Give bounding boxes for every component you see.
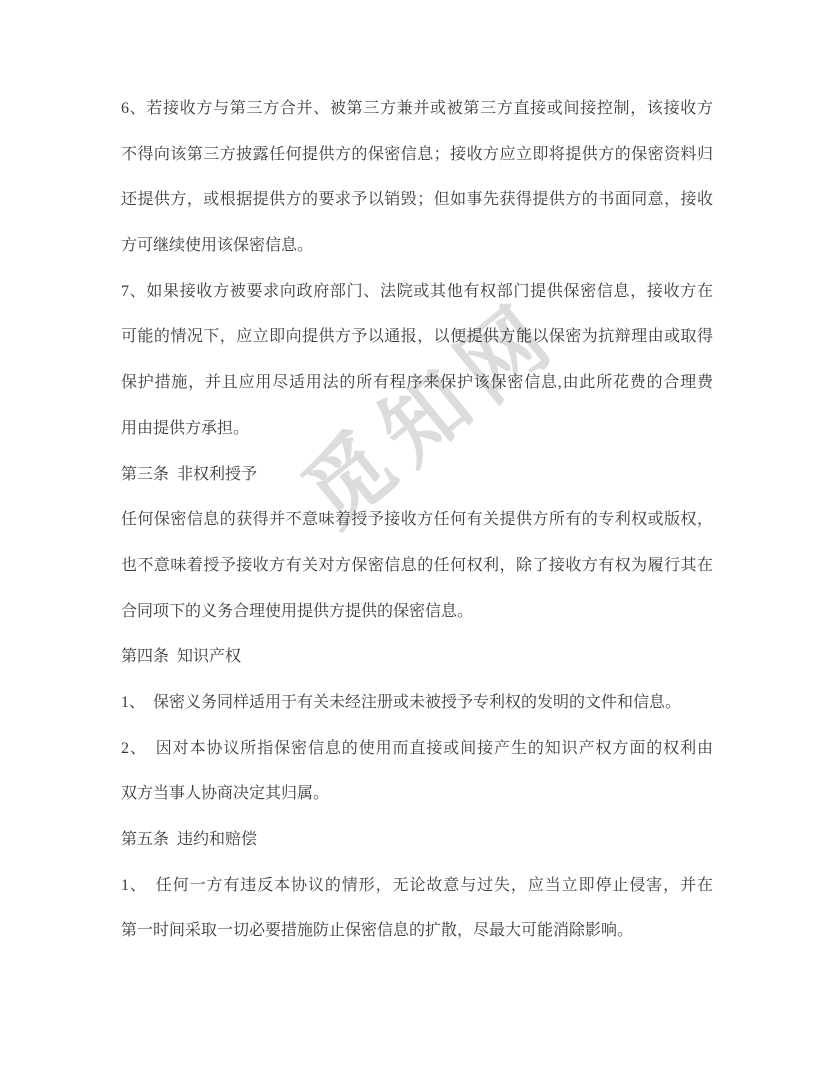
paragraph-line-clause7-2: 可能的情况下，应立即向提供方予以通报，以便提供方能以保密为抗辩理由或取得 — [121, 314, 713, 360]
section-heading-article5: 第五条 违约和赔偿 — [121, 817, 713, 863]
paragraph-line-article5-item1b: 第一时间采取一切必要措施防止保密信息的扩散，尽最大可能消除影响。 — [121, 908, 713, 954]
paragraph-line-article3-2: 也不意味着授予接收方有关对方保密信息的任何权利，除了接收方有权为履行其在 — [121, 543, 713, 589]
paragraph-line-clause7-1: 7、如果接收方被要求向政府部门、法院或其他有权部门提供保密信息，接收方在 — [121, 269, 713, 315]
paragraph-line-clause6-4: 方可继续使用该保密信息。 — [121, 223, 713, 269]
paragraph-line-article3-3: 合同项下的义务合理使用提供方提供的保密信息。 — [121, 589, 713, 635]
section-heading-article3: 第三条 非权利授予 — [121, 452, 713, 498]
paragraph-line-clause7-3: 保护措施，并且应用尽适用法的所有程序来保护该保密信息,由此所花费的合理费 — [121, 360, 713, 406]
paragraph-line-article4-item2a: 2、 因对本协议所指保密信息的使用而直接或间接产生的知识产权方面的权利由 — [121, 726, 713, 772]
paragraph-line-clause6-2: 不得向该第三方披露任何提供方的保密信息；接收方应立即将提供方的保密资料归 — [121, 132, 713, 178]
paragraph-line-article4-item2b: 双方当事人协商决定其归属。 — [121, 771, 713, 817]
paragraph-line-clause6-1: 6、若接收方与第三方合并、被第三方兼并或被第三方直接或间接控制，该接收方 — [121, 86, 713, 132]
document-page: 觅知网 6、若接收方与第三方合并、被第三方兼并或被第三方直接或间接控制，该接收方… — [0, 0, 830, 1074]
paragraph-line-clause6-3: 还提供方，或根据提供方的要求予以销毁；但如事先获得提供方的书面同意，接收 — [121, 177, 713, 223]
paragraph-line-article5-item1a: 1、 任何一方有违反本协议的情形，无论故意与过失，应当立即停止侵害，并在 — [121, 863, 713, 909]
paragraph-line-article4-item1: 1、 保密义务同样适用于有关未经注册或未被授予专利权的发明的文件和信息。 — [121, 680, 713, 726]
section-heading-article4: 第四条 知识产权 — [121, 634, 713, 680]
paragraph-line-article3-1: 任何保密信息的获得并不意味着授予接收方任何有关提供方所有的专利权或版权， — [121, 497, 713, 543]
document-body: 6、若接收方与第三方合并、被第三方兼并或被第三方直接或间接控制，该接收方 不得向… — [121, 86, 713, 954]
paragraph-line-clause7-4: 用由提供方承担。 — [121, 406, 713, 452]
